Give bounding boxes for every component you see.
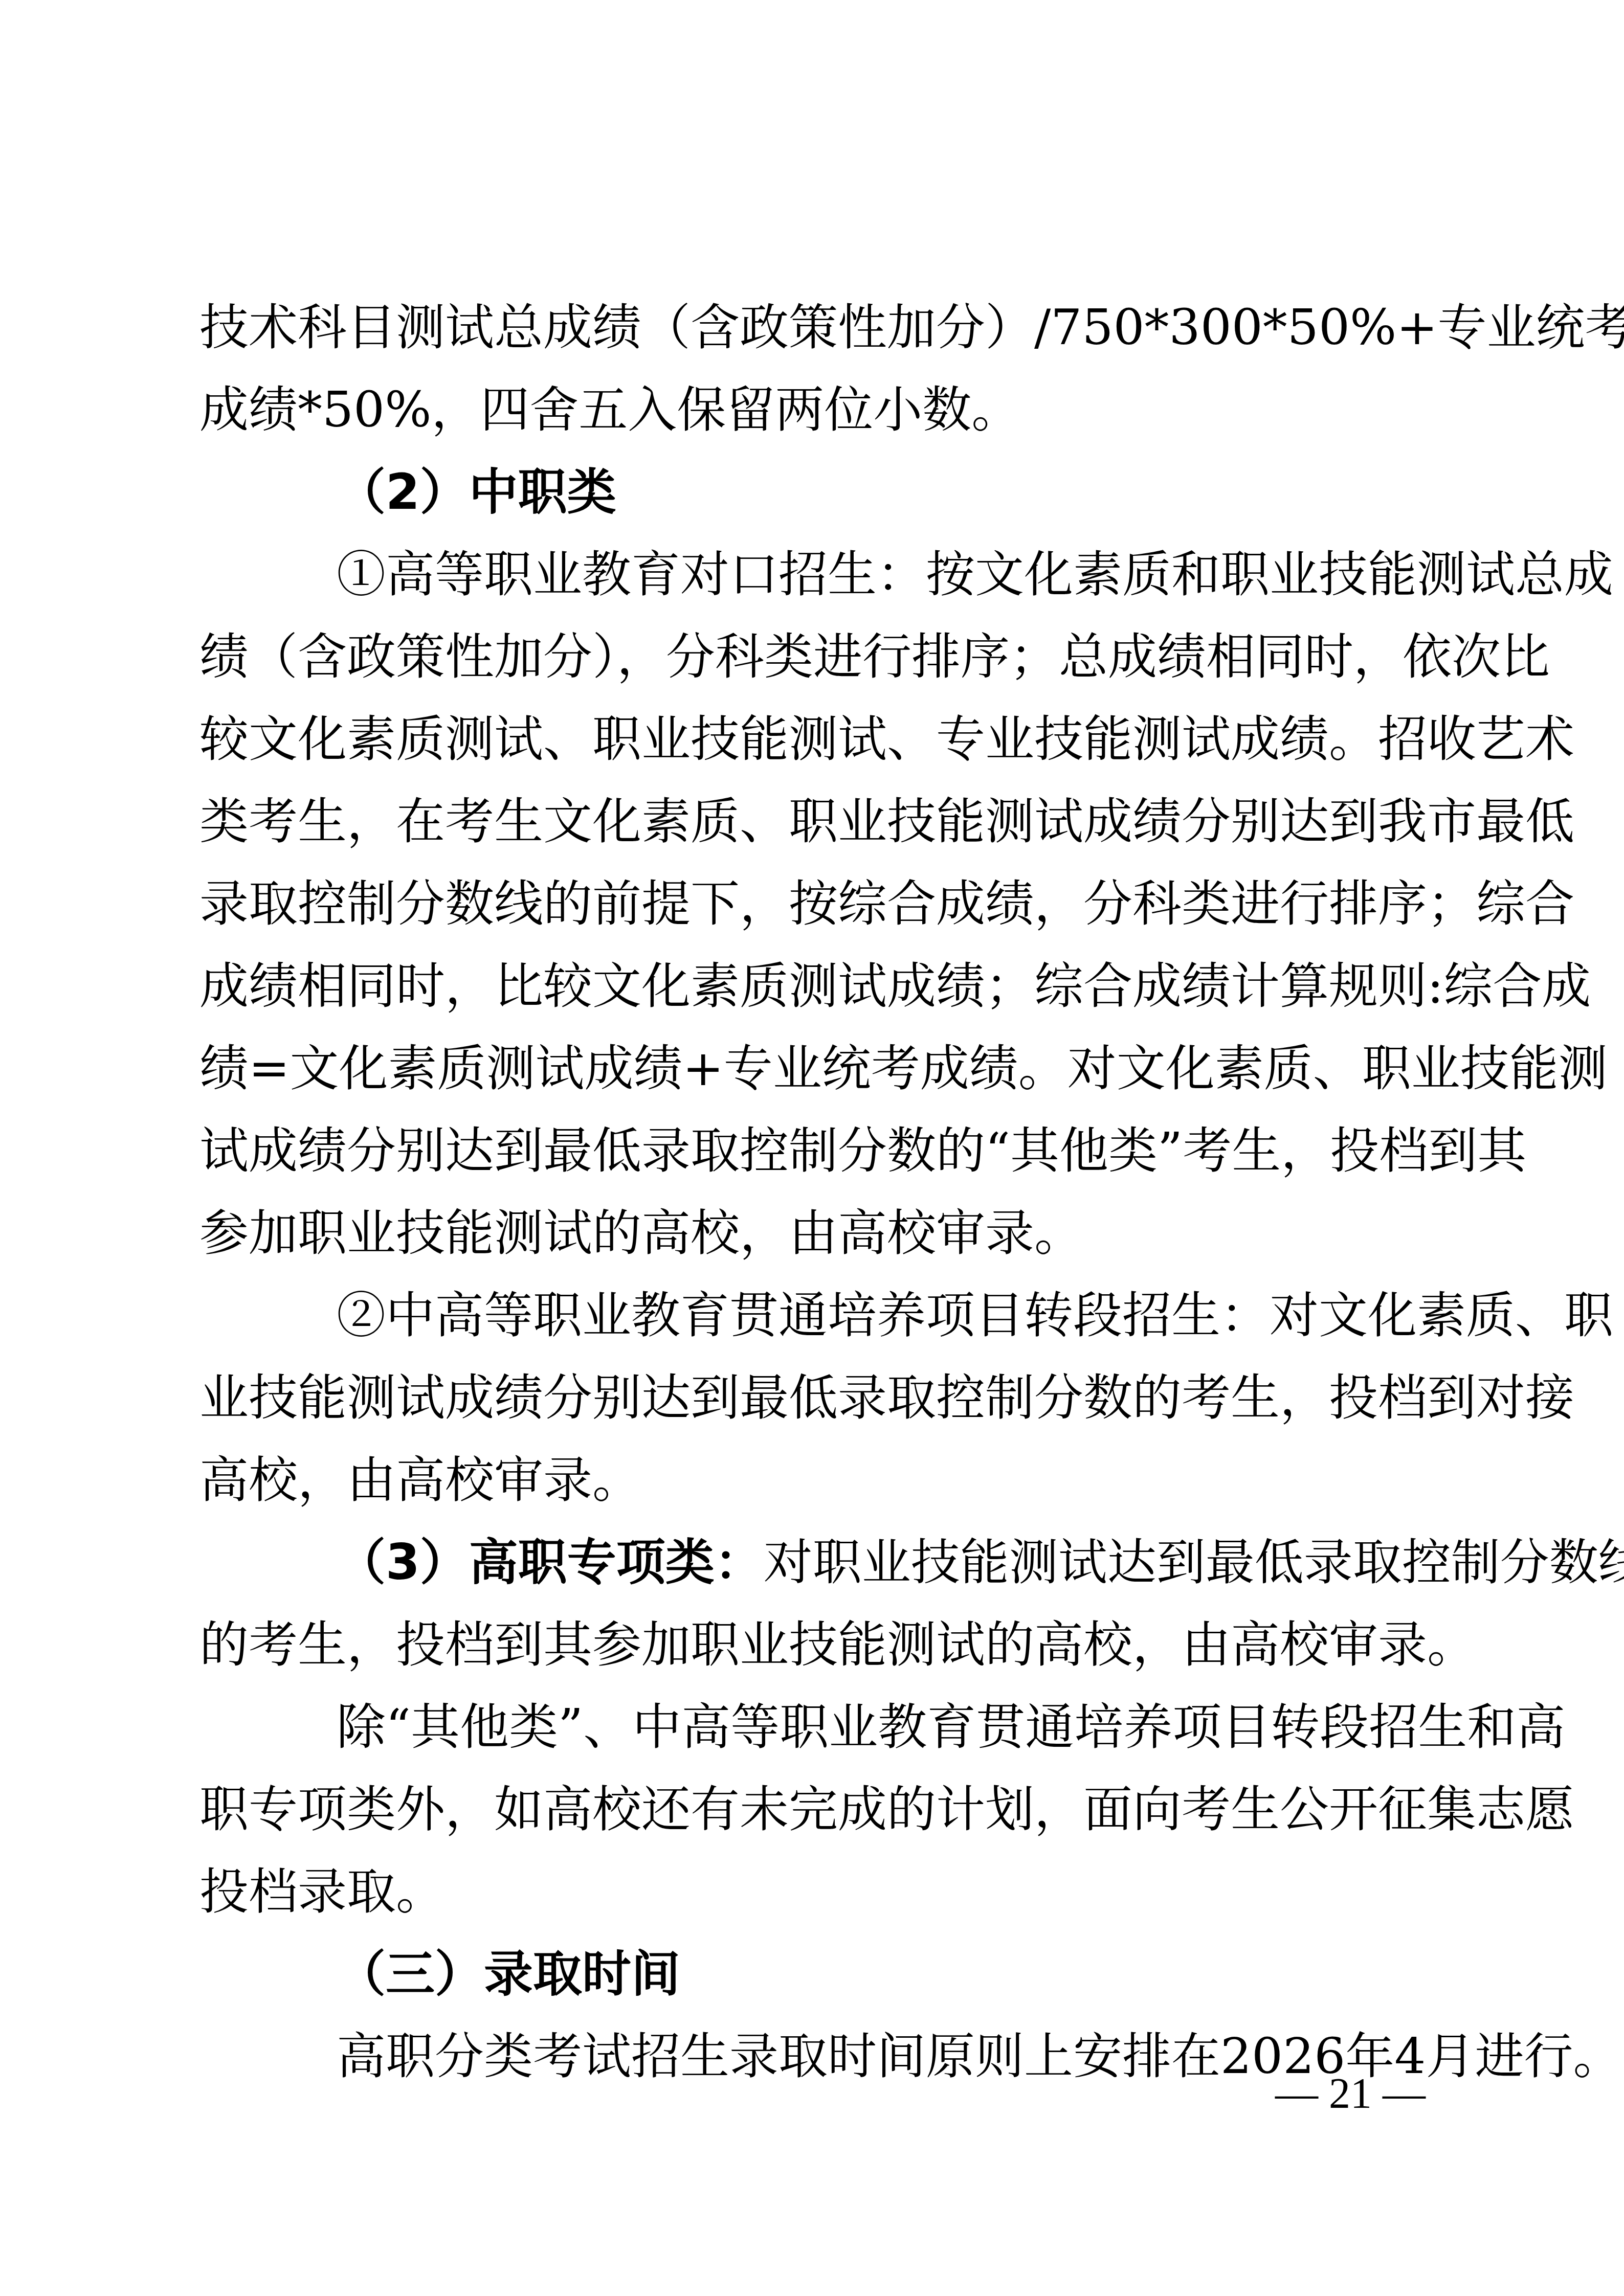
paragraph-line: ②中高等职业教育贯通培养项目转段招生：对文化素质、职 — [199, 1274, 1432, 1357]
section-heading-vocational-special: （3）高职专项类： — [337, 1534, 764, 1591]
document-page: 技术科目测试总成绩（含政策性加分）/750*300*50%+专业统考 成绩*50… — [0, 0, 1624, 2296]
paragraph-line: 成绩*50%，四舍五入保留两位小数。 — [199, 369, 1432, 451]
paragraph-line: 技术科目测试总成绩（含政策性加分）/750*300*50%+专业统考 — [199, 286, 1432, 369]
paragraph-line: 绩=文化素质测试成绩+专业统考成绩。对文化素质、职业技能测 — [199, 1027, 1432, 1110]
section-heading-vocational-secondary: （2）中职类 — [199, 451, 1432, 533]
paragraph-line: 高校，由高校审录。 — [199, 1439, 1432, 1521]
document-body: 技术科目测试总成绩（含政策性加分）/750*300*50%+专业统考 成绩*50… — [199, 286, 1432, 2098]
paragraph-line: 较文化素质测试、职业技能测试、专业技能测试成绩。招收艺术 — [199, 698, 1432, 780]
paragraph-line: 参加职业技能测试的高校，由高校审录。 — [199, 1192, 1432, 1274]
paragraph-line: 职专项类外，如高校还有未完成的计划，面向考生公开征集志愿 — [199, 1768, 1432, 1851]
paragraph-line: 录取控制分数线的前提下，按综合成绩，分科类进行排序；综合 — [199, 863, 1432, 945]
paragraph-line-with-inline-heading: （3）高职专项类：对职业技能测试达到最低录取控制分数线 — [199, 1521, 1432, 1604]
paragraph-line: 除“其他类”、中高等职业教育贯通培养项目转段招生和高 — [199, 1686, 1432, 1768]
paragraph-line: 的考生，投档到其参加职业技能测试的高校，由高校审录。 — [199, 1604, 1432, 1686]
paragraph-text: 对职业技能测试达到最低录取控制分数线 — [764, 1534, 1624, 1591]
paragraph-line: 投档录取。 — [199, 1851, 1432, 1933]
section-heading-admission-time: （三）录取时间 — [199, 1933, 1432, 2015]
paragraph-line: ①高等职业教育对口招生：按文化素质和职业技能测试总成 — [199, 533, 1432, 616]
paragraph-line: 试成绩分别达到最低录取控制分数的“其他类”考生，投档到其 — [199, 1110, 1432, 1192]
paragraph-line: 绩（含政策性加分），分科类进行排序；总成绩相同时，依次比 — [199, 616, 1432, 698]
paragraph-line: 业技能测试成绩分别达到最低录取控制分数的考生，投档到对接 — [199, 1357, 1432, 1439]
paragraph-line: 类考生，在考生文化素质、职业技能测试成绩分别达到我市最低 — [199, 780, 1432, 863]
paragraph-line: 高职分类考试招生录取时间原则上安排在2026年4月进行。 — [199, 2015, 1432, 2098]
page-number: — 21 — — [1269, 2068, 1432, 2120]
paragraph-line: 成绩相同时，比较文化素质测试成绩；综合成绩计算规则:综合成 — [199, 945, 1432, 1027]
